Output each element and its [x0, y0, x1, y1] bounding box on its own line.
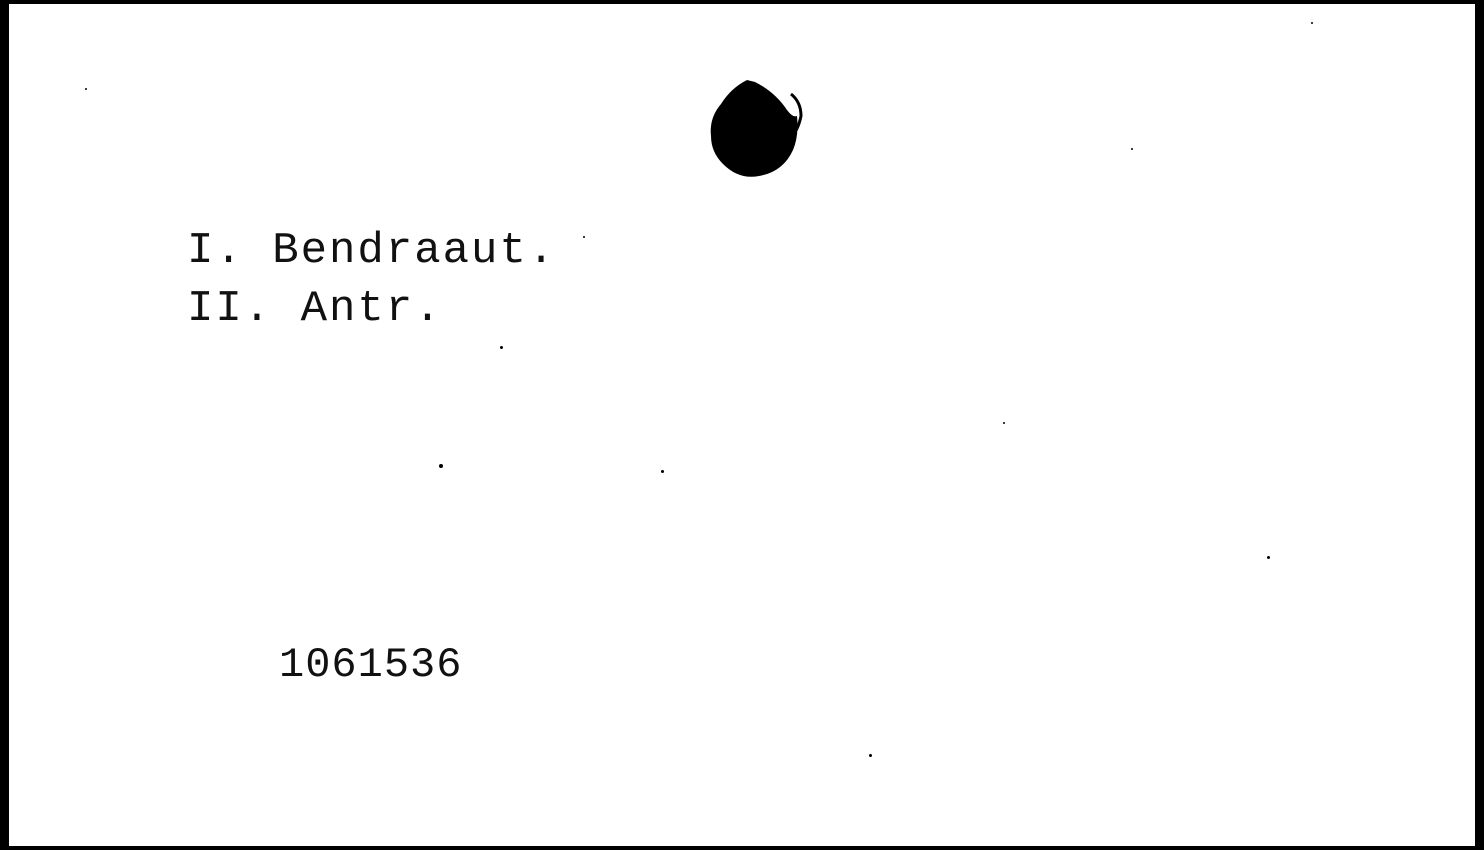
dust-speck	[500, 346, 503, 349]
dust-speck	[869, 754, 872, 757]
scanned-catalog-card: I. Bendraaut. II. Antr. 1061536	[0, 0, 1484, 850]
entry-line-1: I. Bendraaut.	[187, 226, 556, 276]
dust-speck	[1003, 422, 1005, 424]
dust-speck	[583, 236, 585, 238]
dust-speck	[661, 470, 664, 473]
dust-speck	[1267, 556, 1270, 559]
entry-line-2: II. Antr.	[187, 284, 443, 334]
dust-speck	[1311, 22, 1313, 24]
dust-speck	[85, 88, 87, 90]
dust-speck	[439, 464, 443, 468]
catalog-number: 1061536	[279, 640, 462, 690]
punch-hole	[709, 76, 803, 178]
catalog-card: I. Bendraaut. II. Antr. 1061536	[9, 4, 1475, 846]
dust-speck	[1131, 148, 1133, 150]
